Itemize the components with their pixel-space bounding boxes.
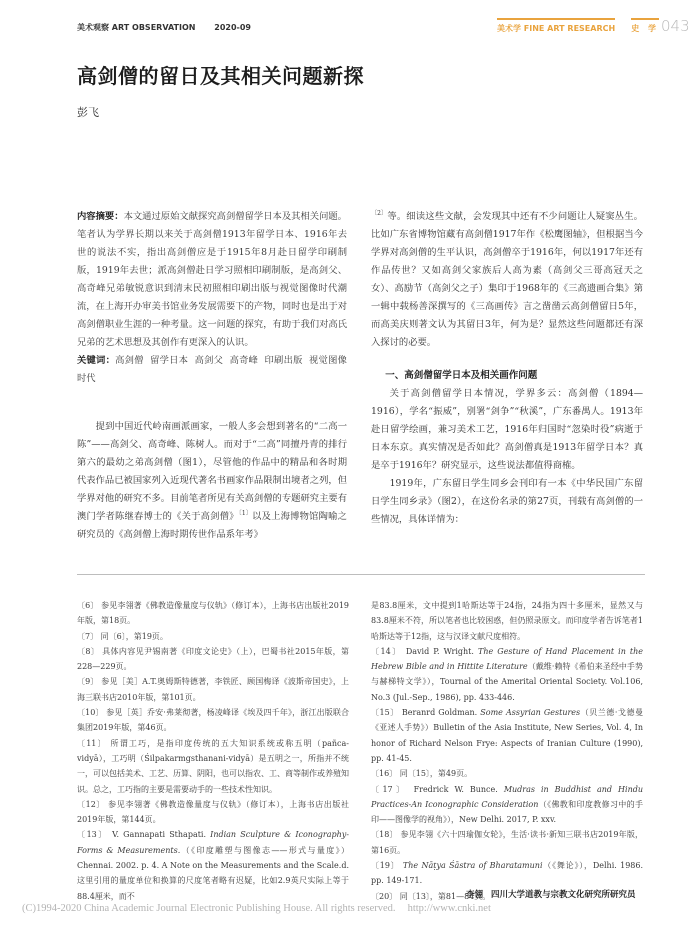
footnote-text: David P. Wright. <box>406 647 478 656</box>
footnote-id: 〔6〕 <box>77 601 98 610</box>
footnote-id: 〔16〕 <box>371 769 397 778</box>
footnote-text: Beranrd Goldman. <box>402 708 480 717</box>
page-number: 043 <box>661 19 690 34</box>
issue-date: 2020-09 <box>214 23 251 32</box>
body-paragraph: 1919年，广东留日学生同乡会刊印有一本《中华民国广东留日学生同乡录》（图2），… <box>371 475 643 529</box>
footnote-text: 同〔6〕，第19页。 <box>101 632 168 641</box>
footnote-text: 参见［英］乔安·弗莱彻著，杨凌峰译《埃及四千年》，浙江出版联合集团2019年版，… <box>77 708 349 732</box>
footnote-id: 〔18〕 <box>371 830 398 839</box>
body-paragraph: 关于高剑僧留学日本情况，学界多云：高剑僧（1894—1916），学名“振威”，别… <box>371 385 643 475</box>
keyword: 高剑父 <box>195 355 224 366</box>
footnote: 〔17〕 Fredrick W. Bunce. Mudras in Buddhi… <box>371 782 643 828</box>
keyword: 留学日本 <box>150 355 188 366</box>
footnotes-left: 〔6〕 参见李翎著《佛教造像量度与仪轨》（修订本），上海书店出版社2019年版，… <box>77 598 349 904</box>
footnote: 〔13〕 V. Gannapati Sthapati. Indian Sculp… <box>77 827 349 903</box>
footnote: 〔6〕 参见李翎著《佛教造像量度与仪轨》（修订本），上海书店出版社2019年版，… <box>77 598 349 629</box>
section-label: 史 学 <box>631 18 659 34</box>
footnote-text: 参见李翎著《佛教造像量度与仪轨》（修订本），上海书店出版社2019年版，第144… <box>77 800 349 824</box>
footnote-text: 同〔15〕，第49页。 <box>400 769 472 778</box>
footnote-id: 〔11〕 <box>77 739 107 748</box>
keywords-paragraph: 关键词：高剑僧 留学日本 高剑父 高奇峰 印刷出版 视觉图像时代 <box>77 352 347 388</box>
journal-name-en: ART OBSERVATION <box>112 23 196 32</box>
footnote-text: 是83.8厘米，文中提到1哈斯达等于24指，24指为四十多厘米，显然又与83.8… <box>371 601 643 641</box>
footnote-ref[interactable]: 〔1〕 <box>239 510 252 517</box>
footnote-title: Some Assyrian Gestures <box>480 708 580 717</box>
keyword: 高奇峰 <box>230 355 259 366</box>
footnote-title: The Nāṭya Śāstra of Bharatamuni <box>403 861 543 870</box>
section-heading: 一、高剑僧留学日本及相关画作问题 <box>371 367 643 385</box>
abstract-text: 本文通过原始文献探究高剑僧留学日本及其相关问题。笔者认为学界长期以来关于高剑僧1… <box>77 211 347 348</box>
keywords-label: 关键词： <box>77 355 115 366</box>
footnote: 〔10〕 参见［英］乔安·弗莱彻著，杨凌峰译《埃及四千年》，浙江出版联合集团20… <box>77 705 349 736</box>
footnote-id: 〔15〕 <box>371 708 399 717</box>
footnote-id: 〔7〕 <box>77 632 98 641</box>
footnote-id: 〔10〕 <box>77 708 104 717</box>
intro-text-cont: 等。细读这些文献，会发现其中还有不少问题让人疑窦丛生。比如广东省博物馆藏有高剑僧… <box>371 211 643 348</box>
footnote-id: 〔14〕 <box>371 647 402 656</box>
footnote: 〔11〕 所谓工巧，是指印度传统的五大知识系统或称五明（pañca-vidyā）… <box>77 736 349 797</box>
editor-signature: 李翎四川大学道教与宗教文化研究所研究员 <box>466 888 636 900</box>
footnote-ref[interactable]: 〔2〕 <box>371 210 387 217</box>
footnote: 〔12〕 参见李翎著《佛教造像量度与仪轨》（修订本），上海书店出版社2019年版… <box>77 797 349 828</box>
footnote-text: 所谓工巧，是指印度传统的五大知识系统或称五明（pañca-vidyā），工巧明（… <box>77 739 349 794</box>
footnote-text: 参见［美］A.T.奥姆斯特德著，李铁匠、顾国梅译《波斯帝国史》，上海三联书店20… <box>77 677 349 701</box>
running-header-right: 美术学 FINE ART RESEARCH 史 学 043 <box>497 18 690 34</box>
editor-name: 李翎 <box>466 890 483 900</box>
copyright-text: (C)1994-2020 China Academic Journal Elec… <box>22 903 396 914</box>
footnote-divider <box>77 574 645 575</box>
footnote-text: 具体内容见尹锡南著《印度文论史》（上），巴蜀书社2015年版，第228—229页… <box>77 647 349 671</box>
footnote-id: 〔19〕 <box>371 861 400 870</box>
abstract-block: 内容摘要：本文通过原始文献探究高剑僧留学日本及其相关问题。笔者认为学界长期以来关… <box>77 208 347 388</box>
footnote-id: 〔8〕 <box>77 647 99 656</box>
footnote-id: 〔20〕 <box>371 892 397 901</box>
footnote: 〔16〕 同〔15〕，第49页。 <box>371 766 643 781</box>
footnote-text: Fredrick W. Bunce. <box>414 785 504 794</box>
article-author: 彭飞 <box>77 104 99 120</box>
footer-link[interactable]: http://www.cnki.net <box>408 903 491 914</box>
article-title: 高剑僧的留日及其相关问题新探 <box>77 60 364 89</box>
intro-paragraph: 提到中国近代岭南画派画家，一般人多会想到著名的“二高一陈”——高剑父、高奇峰、陈… <box>77 418 347 544</box>
footnote-text: V. Gannapati Sthapati. <box>112 830 210 839</box>
keyword: 高剑僧 <box>115 355 144 366</box>
section-brand: 美术学 FINE ART RESEARCH <box>497 18 615 34</box>
footnote: 〔8〕 具体内容见尹锡南著《印度文论史》（上），巴蜀书社2015年版，第228—… <box>77 644 349 675</box>
footnote-id: 〔17〕 <box>371 785 408 794</box>
abstract-paragraph: 内容摘要：本文通过原始文献探究高剑僧留学日本及其相关问题。笔者认为学界长期以来关… <box>77 208 347 352</box>
footnote-text: 参见李翎著《佛教造像量度与仪轨》（修订本），上海书店出版社2019年版，第18页… <box>77 601 349 625</box>
footnote-continued: 是83.8厘米，文中提到1哈斯达等于24指，24指为四十多厘米，显然又与83.8… <box>371 598 643 644</box>
intro-text: 提到中国近代岭南画派画家，一般人多会想到著名的“二高一陈”——高剑父、高奇峰、陈… <box>77 421 347 522</box>
copyright-footer: (C)1994-2020 China Academic Journal Elec… <box>0 903 692 914</box>
footnote: 〔18〕 参见李翎《六十四瑜伽女轮》，生活·读书·新知三联书店2019年版，第1… <box>371 827 643 858</box>
footnote-id: 〔12〕 <box>77 800 105 809</box>
abstract-label: 内容摘要： <box>77 211 124 222</box>
footnote: 〔7〕 同〔6〕，第19页。 <box>77 629 349 644</box>
intro-paragraph-continued: 〔2〕等。细读这些文献，会发现其中还有不少问题让人疑窦丛生。比如广东省博物馆藏有… <box>371 208 643 352</box>
footnote-text: 参见李翎《六十四瑜伽女轮》，生活·读书·新知三联书店2019年版，第16页。 <box>371 830 643 854</box>
running-header-left: 美术观察 ART OBSERVATION 2020-09 <box>77 22 251 33</box>
editor-role: 四川大学道教与宗教文化研究所研究员 <box>491 890 636 900</box>
footnote: 〔14〕 David P. Wright. The Gesture of Han… <box>371 644 643 705</box>
footnote: 〔9〕 参见［美］A.T.奥姆斯特德著，李铁匠、顾国梅译《波斯帝国史》，上海三联… <box>77 674 349 705</box>
left-column: 内容摘要：本文通过原始文献探究高剑僧留学日本及其相关问题。笔者认为学界长期以来关… <box>77 208 347 544</box>
footnote: 〔19〕 The Nāṭya Śāstra of Bharatamuni（《舞论… <box>371 858 643 889</box>
footnotes-right: 是83.8厘米，文中提到1哈斯达等于24指，24指为四十多厘米，显然又与83.8… <box>371 598 643 904</box>
journal-name-cn: 美术观察 <box>77 23 109 32</box>
footnote-id: 〔13〕 <box>77 830 108 839</box>
right-column: 〔2〕等。细读这些文献，会发现其中还有不少问题让人疑窦丛生。比如广东省博物馆藏有… <box>371 208 643 529</box>
footnote: 〔15〕 Beranrd Goldman. Some Assyrian Gest… <box>371 705 643 766</box>
keyword: 印刷出版 <box>265 355 303 366</box>
footnote-id: 〔9〕 <box>77 677 99 686</box>
